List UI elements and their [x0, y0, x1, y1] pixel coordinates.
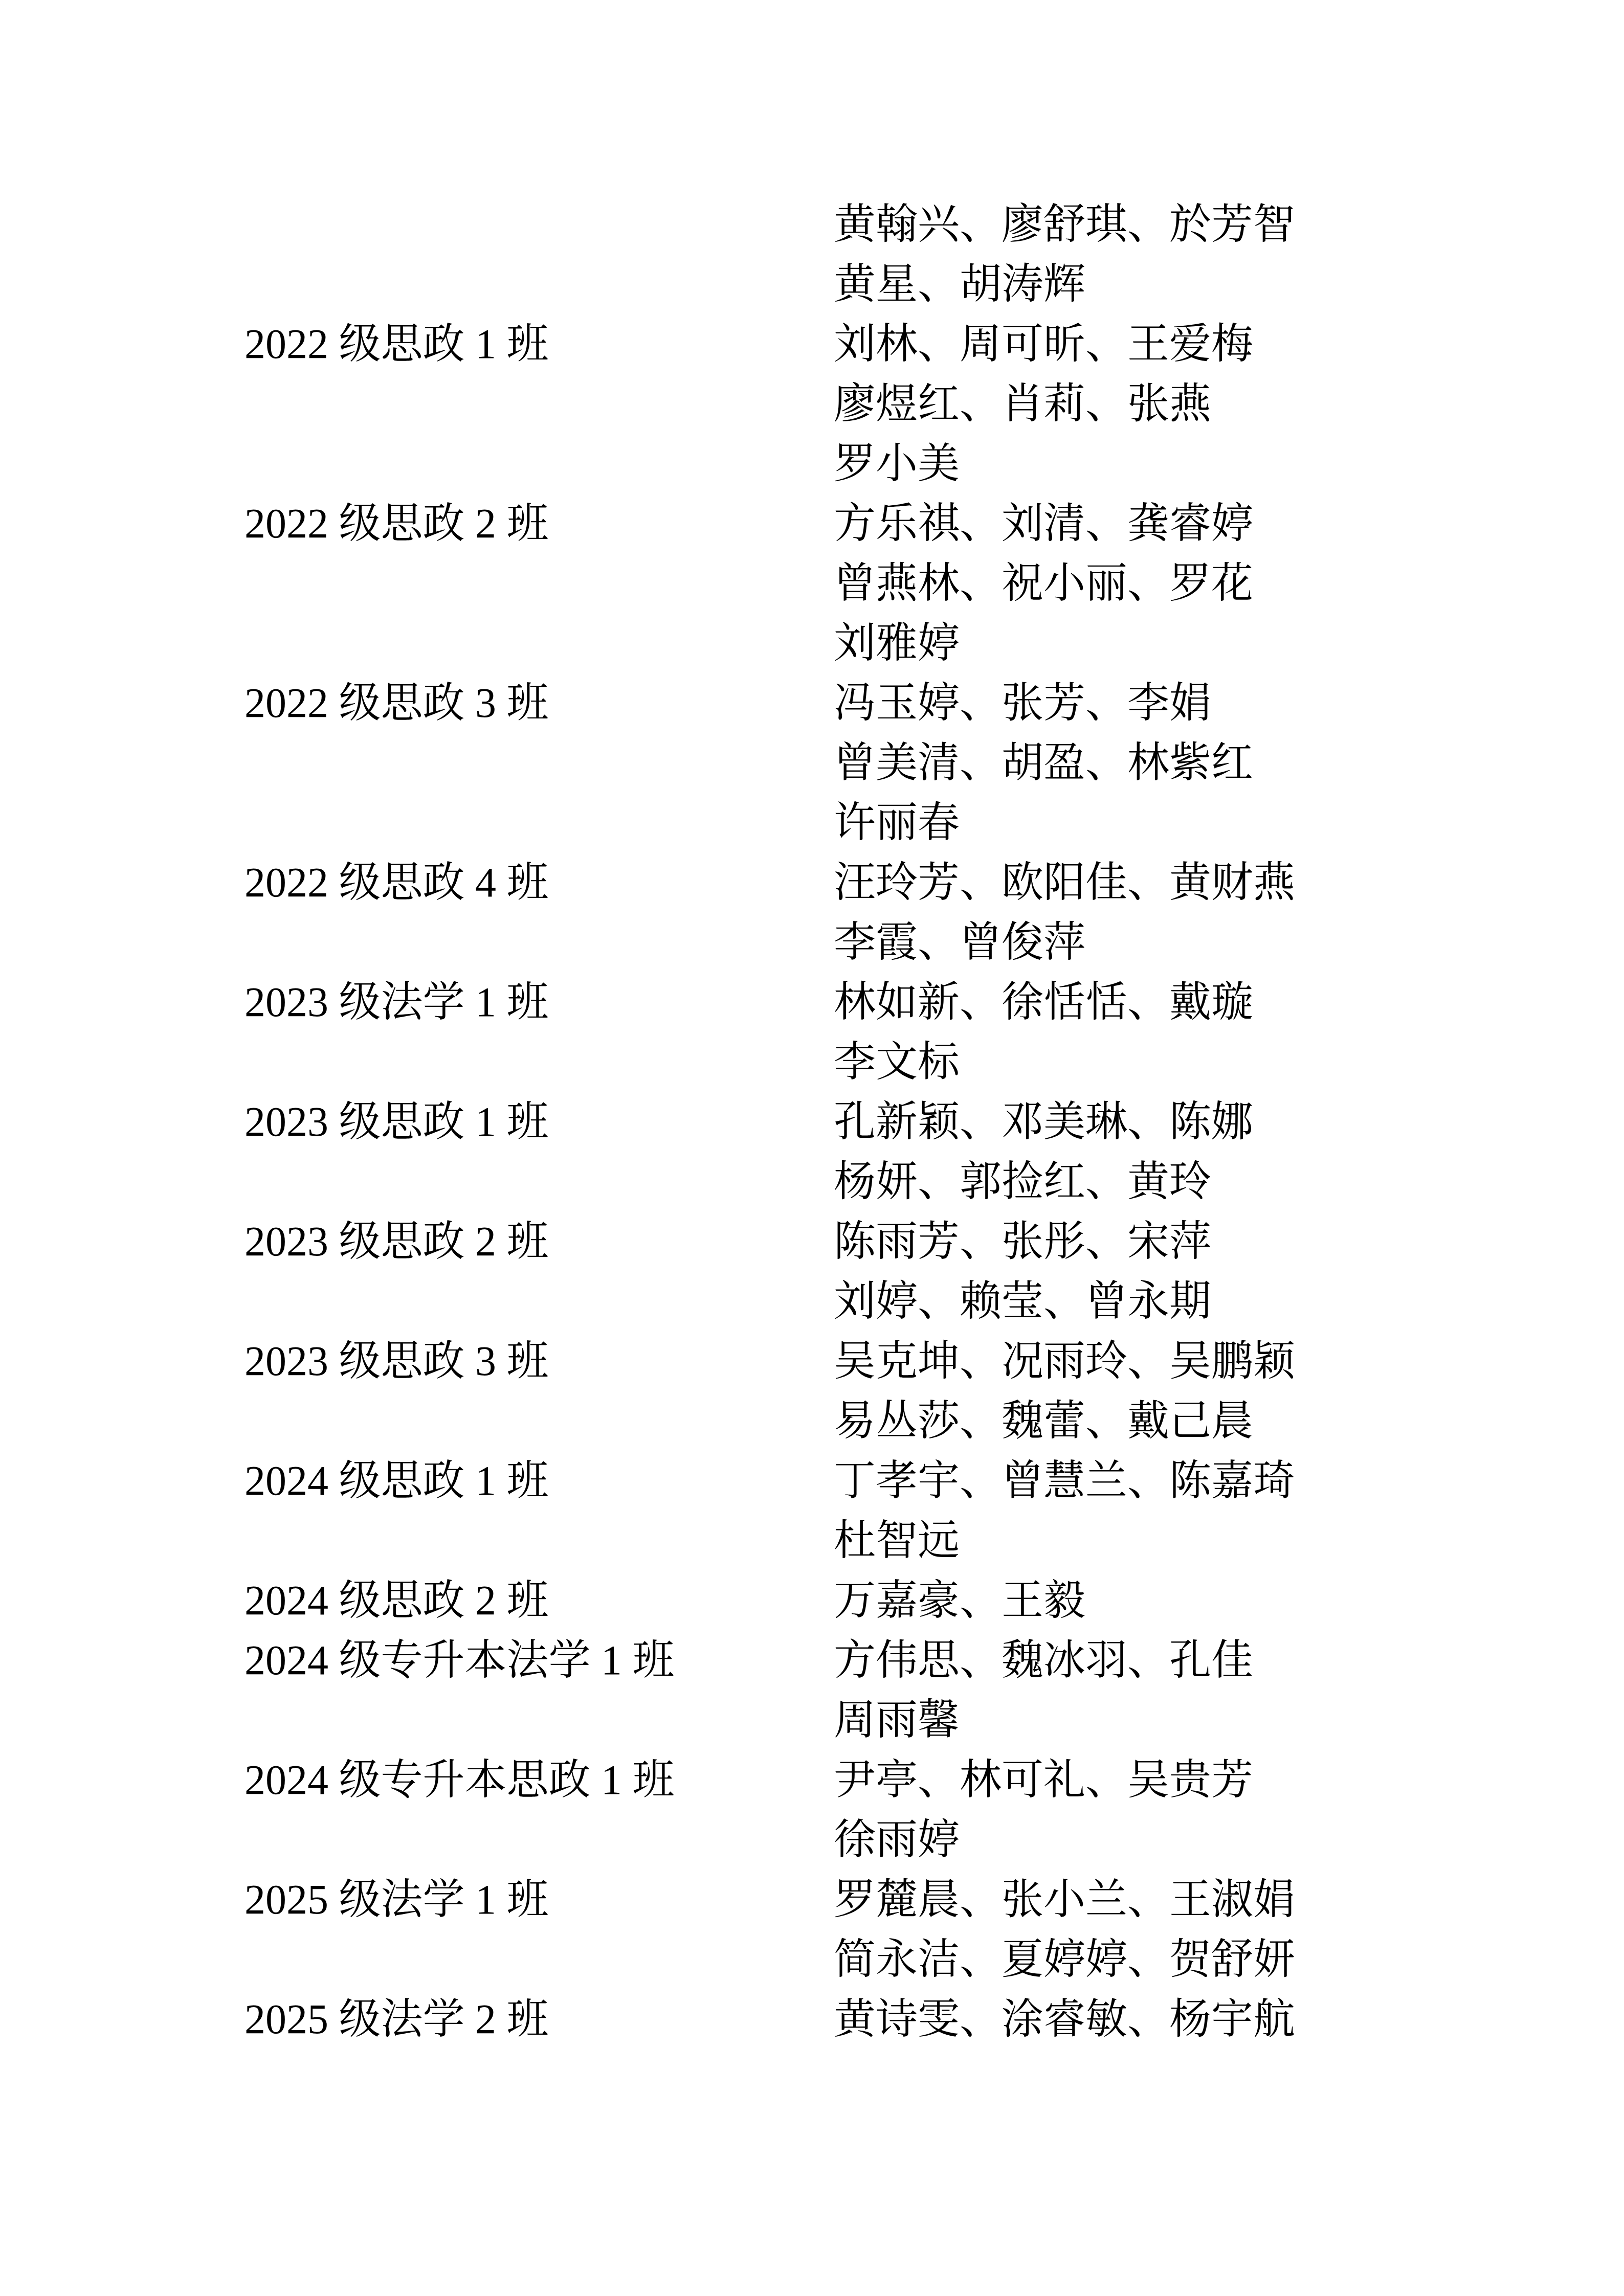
table-row: 2023 级法学 1 班林如新、徐恬恬、戴璇李文标 — [244, 972, 1431, 1092]
students-line: 李霞、曾俊萍 — [834, 912, 1431, 972]
students-cell: 尹亭、林可礼、吴贵芳徐雨婷 — [834, 1750, 1431, 1870]
students-line: 黄诗雯、涂睿敏、杨宇航 — [834, 1989, 1431, 2049]
students-line: 廖煜红、肖莉、张燕 — [834, 374, 1431, 434]
students-cell: 吴克坤、况雨玲、吴鹏颖易丛莎、魏蕾、戴己晨 — [834, 1331, 1431, 1451]
class-name-cell: 2022 级思政 1 班 — [244, 314, 834, 374]
students-line: 徐雨婷 — [834, 1810, 1431, 1870]
students-cell: 黄诗雯、涂睿敏、杨宇航 — [834, 1989, 1431, 2049]
table-row: 2024 级思政 2 班万嘉豪、王毅 — [244, 1570, 1431, 1630]
students-cell: 罗麓晨、张小兰、王淑娟简永洁、夏婷婷、贺舒妍 — [834, 1870, 1431, 1989]
class-name-cell: 2023 级思政 2 班 — [244, 1211, 834, 1271]
class-name-cell: 2024 级思政 2 班 — [244, 1570, 834, 1630]
students-line: 吴克坤、况雨玲、吴鹏颖 — [834, 1331, 1431, 1391]
students-line: 刘林、周可昕、王爱梅 — [834, 314, 1431, 374]
class-name-cell: 2025 级法学 1 班 — [244, 1870, 834, 1929]
table-row: 2022 级思政 4 班汪玲芳、欧阳佳、黄财燕李霞、曾俊萍 — [244, 852, 1431, 972]
class-name-cell: 2022 级思政 3 班 — [244, 673, 834, 733]
students-line: 曾美清、胡盈、林紫红 — [834, 733, 1431, 793]
class-name-cell: 2025 级法学 2 班 — [244, 1989, 834, 2049]
document-page: 黄翰兴、廖舒琪、於芳智黄星、胡涛辉2022 级思政 1 班刘林、周可昕、王爱梅廖… — [244, 194, 1431, 2049]
students-cell: 汪玲芳、欧阳佳、黄财燕李霞、曾俊萍 — [834, 852, 1431, 972]
class-roster-table: 黄翰兴、廖舒琪、於芳智黄星、胡涛辉2022 级思政 1 班刘林、周可昕、王爱梅廖… — [244, 194, 1431, 2049]
table-row: 2022 级思政 1 班刘林、周可昕、王爱梅廖煜红、肖莉、张燕罗小美 — [244, 314, 1431, 493]
class-name-cell: 2023 级思政 1 班 — [244, 1092, 834, 1152]
students-line: 黄翰兴、廖舒琪、於芳智 — [834, 194, 1431, 254]
students-line: 简永洁、夏婷婷、贺舒妍 — [834, 1929, 1431, 1989]
students-line: 尹亭、林可礼、吴贵芳 — [834, 1750, 1431, 1810]
table-row: 2023 级思政 3 班吴克坤、况雨玲、吴鹏颖易丛莎、魏蕾、戴己晨 — [244, 1331, 1431, 1451]
students-line: 易丛莎、魏蕾、戴己晨 — [834, 1391, 1431, 1451]
students-line: 刘雅婷 — [834, 613, 1431, 673]
students-line: 丁孝宇、曾慧兰、陈嘉琦 — [834, 1451, 1431, 1511]
table-row: 2024 级专升本思政 1 班尹亭、林可礼、吴贵芳徐雨婷 — [244, 1750, 1431, 1870]
students-line: 罗小美 — [834, 434, 1431, 493]
students-line: 汪玲芳、欧阳佳、黄财燕 — [834, 852, 1431, 912]
students-line: 许丽春 — [834, 793, 1431, 852]
students-cell: 冯玉婷、张芳、李娟曾美清、胡盈、林紫红许丽春 — [834, 673, 1431, 852]
students-cell: 丁孝宇、曾慧兰、陈嘉琦杜智远 — [834, 1451, 1431, 1570]
table-row: 2025 级法学 2 班黄诗雯、涂睿敏、杨宇航 — [244, 1989, 1431, 2049]
students-line: 冯玉婷、张芳、李娟 — [834, 673, 1431, 733]
students-cell: 孔新颖、邓美琳、陈娜杨妍、郭捡红、黄玲 — [834, 1092, 1431, 1211]
table-row: 2023 级思政 1 班孔新颖、邓美琳、陈娜杨妍、郭捡红、黄玲 — [244, 1092, 1431, 1211]
students-cell: 刘林、周可昕、王爱梅廖煜红、肖莉、张燕罗小美 — [834, 314, 1431, 493]
students-line: 黄星、胡涛辉 — [834, 254, 1431, 314]
students-line: 孔新颖、邓美琳、陈娜 — [834, 1092, 1431, 1152]
students-cell: 万嘉豪、王毅 — [834, 1570, 1431, 1630]
class-name-cell: 2023 级思政 3 班 — [244, 1331, 834, 1391]
students-line: 刘婷、赖莹、曾永期 — [834, 1271, 1431, 1331]
students-line: 李文标 — [834, 1032, 1431, 1092]
students-line: 杜智远 — [834, 1511, 1431, 1570]
students-line: 陈雨芳、张彤、宋萍 — [834, 1211, 1431, 1271]
students-line: 杨妍、郭捡红、黄玲 — [834, 1152, 1431, 1211]
students-cell: 黄翰兴、廖舒琪、於芳智黄星、胡涛辉 — [834, 194, 1431, 314]
table-row: 2022 级思政 3 班冯玉婷、张芳、李娟曾美清、胡盈、林紫红许丽春 — [244, 673, 1431, 852]
students-line: 方伟思、魏冰羽、孔佳 — [834, 1630, 1431, 1690]
class-name-cell: 2022 级思政 4 班 — [244, 852, 834, 912]
students-line: 方乐祺、刘清、龚睿婷 — [834, 493, 1431, 553]
class-name-cell: 2022 级思政 2 班 — [244, 493, 834, 553]
students-line: 周雨馨 — [834, 1690, 1431, 1750]
students-cell: 方伟思、魏冰羽、孔佳周雨馨 — [834, 1630, 1431, 1750]
students-cell: 方乐祺、刘清、龚睿婷曾燕林、祝小丽、罗花刘雅婷 — [834, 493, 1431, 673]
students-line: 万嘉豪、王毅 — [834, 1570, 1431, 1630]
students-cell: 林如新、徐恬恬、戴璇李文标 — [834, 972, 1431, 1092]
class-name-cell: 2024 级专升本思政 1 班 — [244, 1750, 834, 1810]
table-row: 黄翰兴、廖舒琪、於芳智黄星、胡涛辉 — [244, 194, 1431, 314]
table-row: 2023 级思政 2 班陈雨芳、张彤、宋萍刘婷、赖莹、曾永期 — [244, 1211, 1431, 1331]
table-row: 2022 级思政 2 班方乐祺、刘清、龚睿婷曾燕林、祝小丽、罗花刘雅婷 — [244, 493, 1431, 673]
table-row: 2024 级思政 1 班丁孝宇、曾慧兰、陈嘉琦杜智远 — [244, 1451, 1431, 1570]
students-cell: 陈雨芳、张彤、宋萍刘婷、赖莹、曾永期 — [834, 1211, 1431, 1331]
class-name-cell: 2024 级专升本法学 1 班 — [244, 1630, 834, 1690]
students-line: 罗麓晨、张小兰、王淑娟 — [834, 1870, 1431, 1929]
class-name-cell: 2024 级思政 1 班 — [244, 1451, 834, 1511]
class-name-cell: 2023 级法学 1 班 — [244, 972, 834, 1032]
table-row: 2025 级法学 1 班罗麓晨、张小兰、王淑娟简永洁、夏婷婷、贺舒妍 — [244, 1870, 1431, 1989]
students-line: 曾燕林、祝小丽、罗花 — [834, 553, 1431, 613]
table-row: 2024 级专升本法学 1 班方伟思、魏冰羽、孔佳周雨馨 — [244, 1630, 1431, 1750]
students-line: 林如新、徐恬恬、戴璇 — [834, 972, 1431, 1032]
